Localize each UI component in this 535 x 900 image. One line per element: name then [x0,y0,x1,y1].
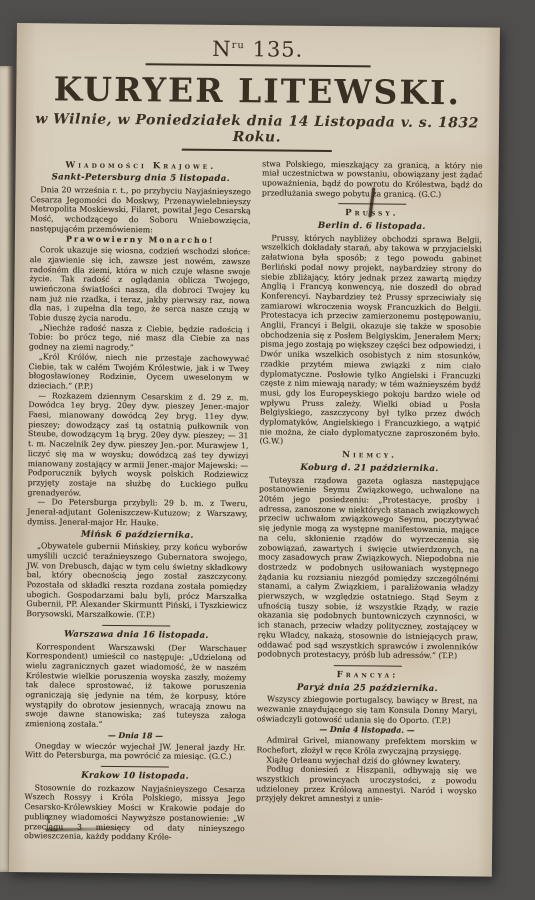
section-divider [101,766,169,768]
issue-prefix: N [212,37,232,61]
article-paragraph: Corok ukazuje się wiosna, codzień wschod… [29,245,250,325]
left-column: Wiadomości Krajowe.Sankt-Petersburg dnia… [24,157,251,843]
section-header: Francya: [257,670,478,682]
issue-divider [145,63,370,67]
masthead: Nru 135. KURYER LITEWSKI. w Wilnie, w Po… [31,35,484,153]
newspaper-page: Nru 135. KURYER LITEWSKI. w Wilnie, w Po… [9,23,500,877]
article-dateline: Krakow 10 listopada. [25,771,246,783]
article-dateline: Warszawa dnia 16 listopada. [26,630,247,642]
article-paragraph: Prussy, których naybliżey obchodzi spraw… [259,233,482,449]
issue-number: Nru 135. [32,35,484,63]
newspaper-title: KURYER LITEWSKI. [31,69,483,112]
section-divider [102,625,170,627]
section-divider [338,203,406,205]
issue-value: 135. [252,37,303,61]
masthead-divider [182,149,332,152]
handwriting-smudge [45,815,137,838]
section-header: Niemcy. [259,451,480,463]
article-paragraph: — Do Petersburga przybyli: 29 b. m. z Tw… [27,498,248,529]
article-dateline: Koburg d. 21 października. [259,463,480,475]
issue-superscript: ru [232,40,245,51]
article-paragraph: Tuteysza rządowa gazeta ogłasza następuj… [257,475,479,661]
article-dateline: Sankt-Petersburg dnia 5 listopada. [30,173,251,185]
masthead-dateline: w Wilnie, w Poniedziałek dnia 14 Listopa… [31,111,483,147]
article-paragraph: „Król Królów, niech nie przestaje zachow… [28,352,249,393]
section-divider [334,665,402,667]
article-paragraph: Wszyscy zbiegowie portugalscy, bawiący w… [257,695,478,726]
article-paragraph: Admirał Grivel, mianowany prefektem mors… [256,736,477,758]
article-paragraph: Dnia 20 września r. t., po przybyciu Nay… [30,185,251,236]
article-paragraph: Onegday w wieczór wyjechał JW. Jenerał j… [25,741,246,763]
article-paragraph: — Rozkazem dziennym Cesarskim z d. 29 z.… [27,391,249,500]
right-column: stwa Polskiego, mieszkający za granicą, … [256,159,483,845]
article-paragraph: Korrespondent Warszawski (Der Warschauer… [25,642,246,731]
photo-background: Nru 135. KURYER LITEWSKI. w Wilnie, w Po… [0,0,535,900]
page-content: Nru 135. KURYER LITEWSKI. w Wilnie, w Po… [9,23,500,846]
section-header: Wiadomości Krajowe. [31,161,252,173]
article-columns: Wiadomości Krajowe.Sankt-Petersburg dnia… [24,157,483,846]
article-paragraph: Podług doniesień z Hiszpanii, odbywają s… [256,765,477,806]
article-dateline: Berlin d. 6 listopada. [262,221,483,233]
article-paragraph: „Niechże radość nasza z Ciebie, będzie r… [29,323,250,354]
section-header: Prussy. [262,209,483,221]
article-paragraph: „Obywatele gubernii Mińskiey, przy końcu… [26,541,247,621]
article-dateline: Paryż dnia 25 października. [257,683,478,695]
article-dateline: Mińsk 6 października. [27,530,248,542]
